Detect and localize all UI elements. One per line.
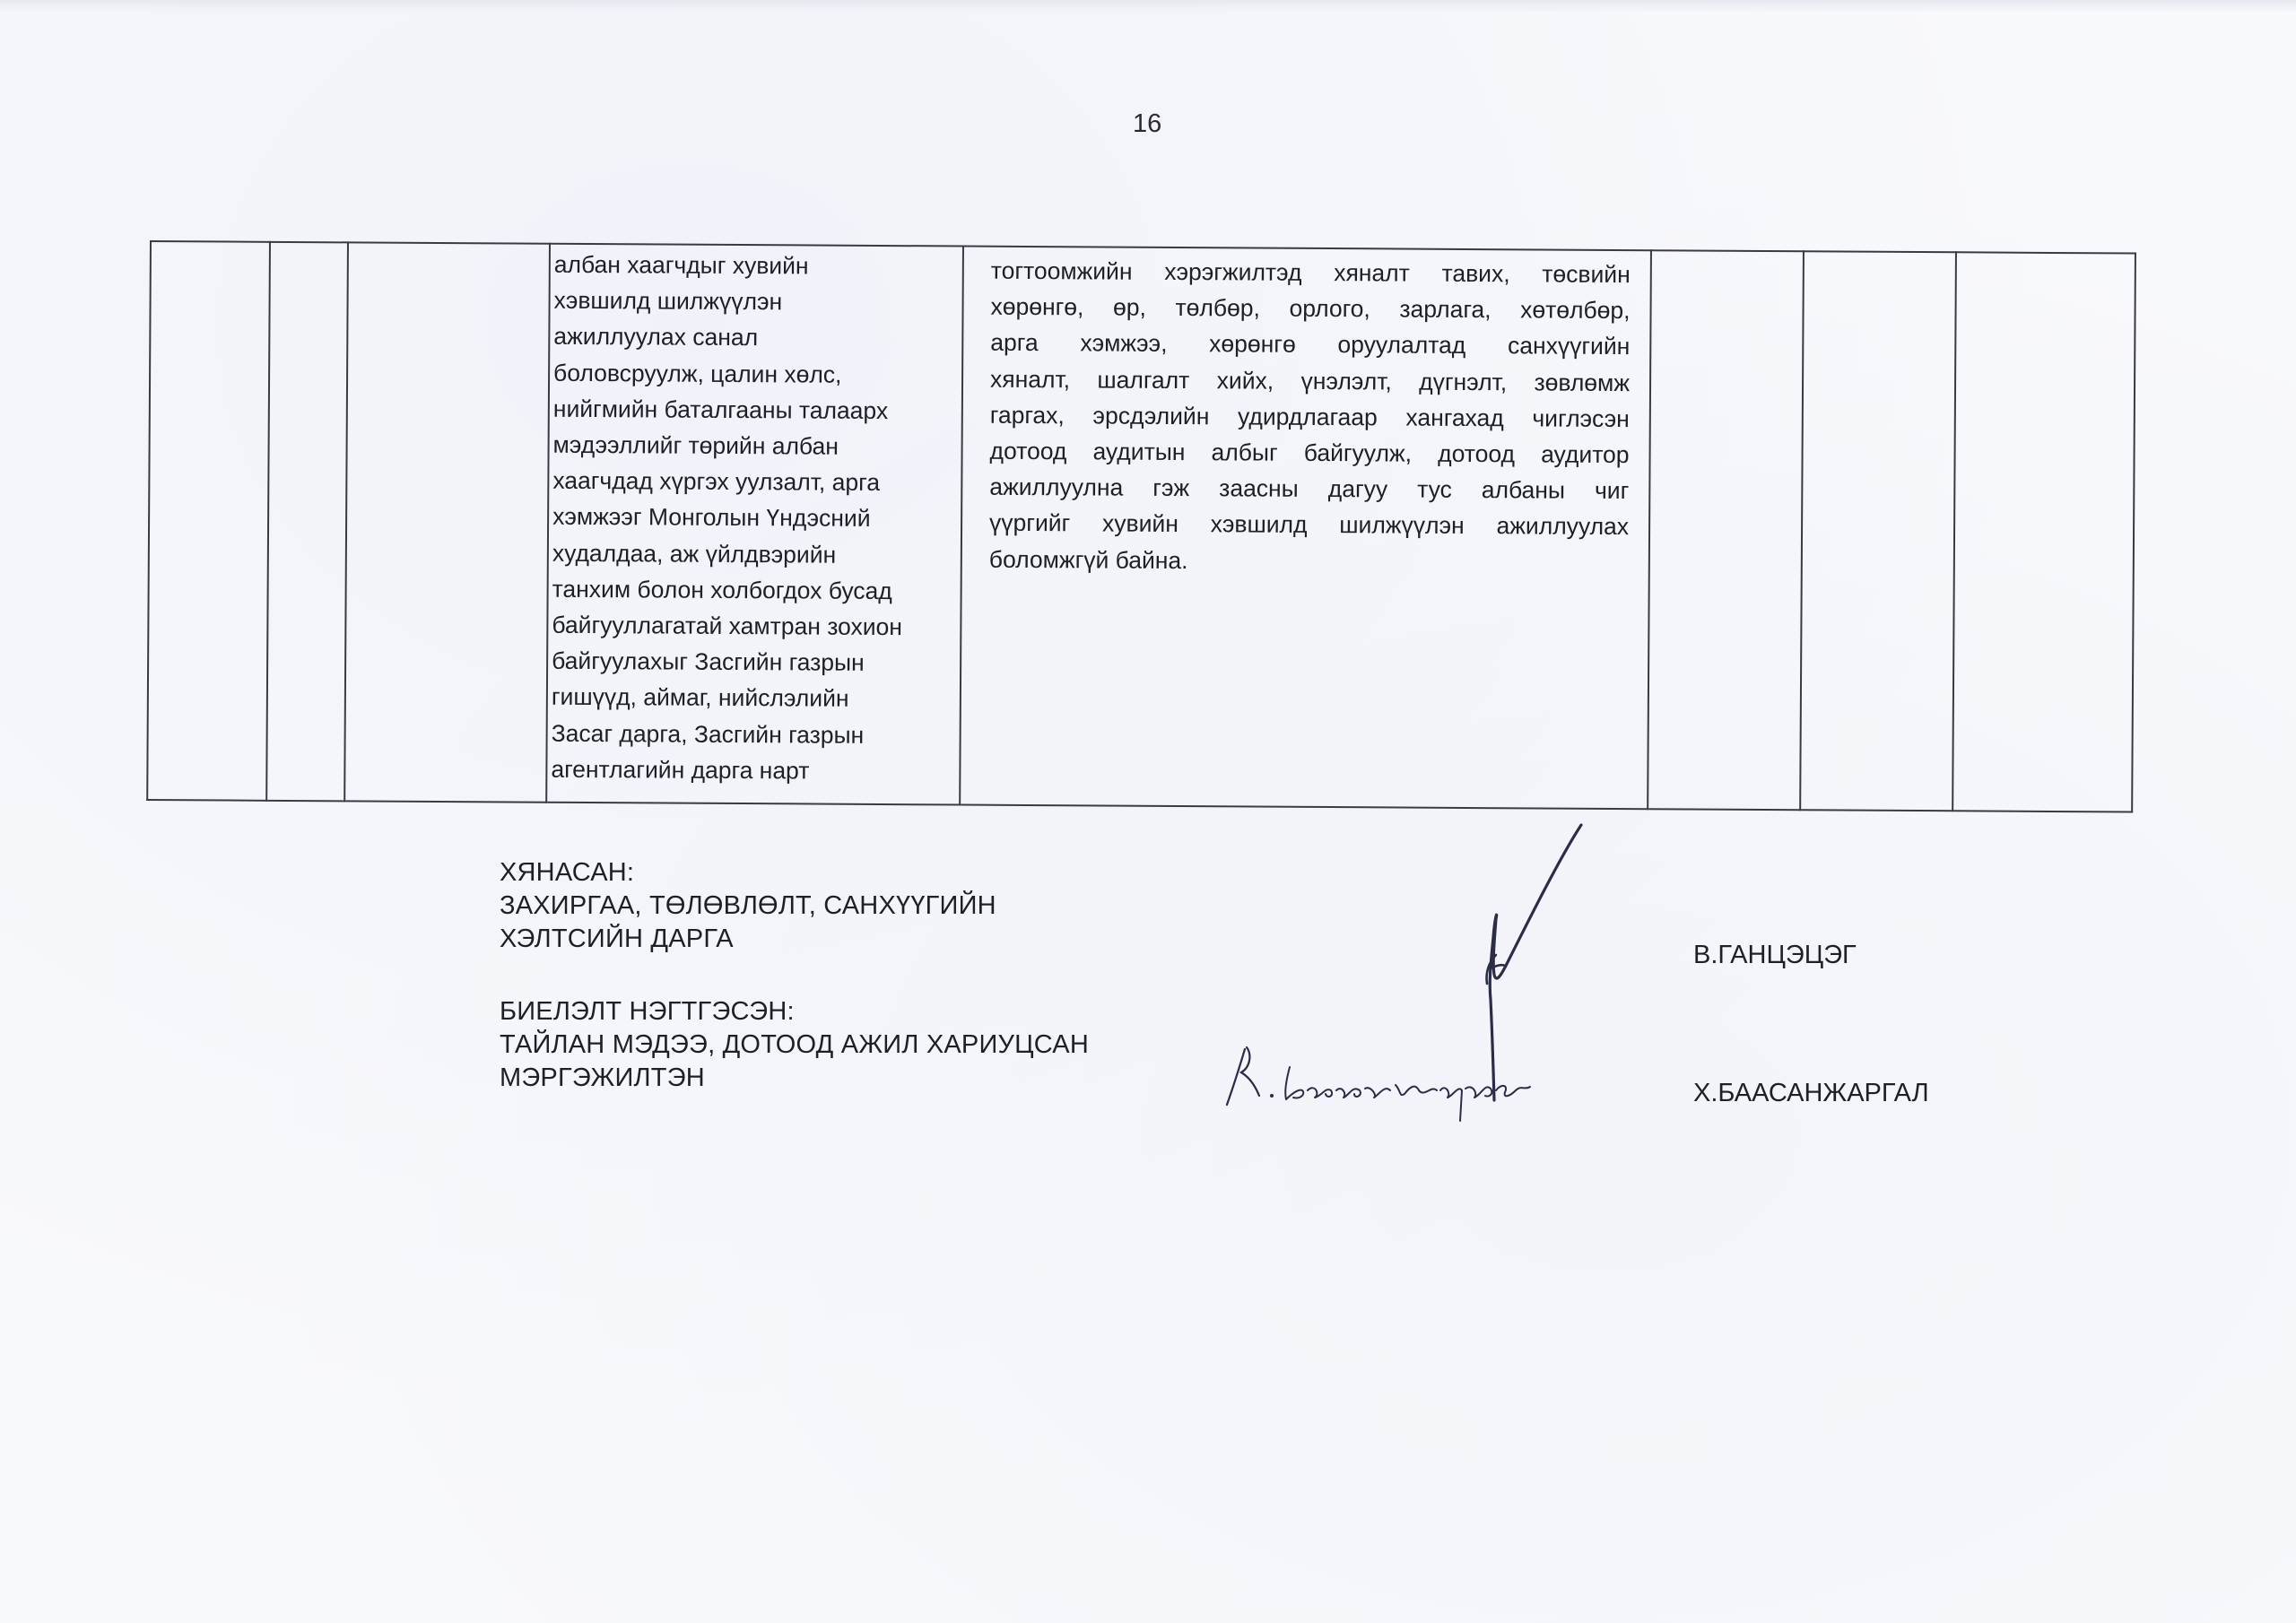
reviewed-title-line-1: ЗАХИРГАА, ТӨЛӨВЛӨЛТ, САНХҮҮГИЙН (500, 890, 996, 923)
text-line: тогтоомжийн хэрэгжилтэд хяналт тавих, тө… (991, 253, 1631, 293)
table-cell-col3 (344, 242, 550, 802)
reviewed-by-block: ХЯНАСАН: ЗАХИРГАА, ТӨЛӨВЛӨЛТ, САНХҮҮГИЙН… (500, 856, 996, 956)
reviewer-name: В.ГАНЦЭЦЭГ (1693, 941, 1857, 970)
text-line: хэмжээг Монголын Үндэсний (552, 499, 959, 537)
text-line: хөрөнгө, өр, төлбөр, орлого, зарлага, хө… (990, 289, 1630, 329)
table-cell-col6 (1648, 250, 1804, 810)
text-line: ажиллуулна гэж заасны дагуу тус албаны ч… (989, 469, 1629, 509)
table-cell-task: албан хаагчдыг хувийнхэвшилд шилжүүлэнаж… (546, 244, 963, 805)
prepared-by-block: БИЕЛЭЛТ НЭГТГЭСЭН: ТАЙЛАН МЭДЭЭ, ДОТООД … (500, 995, 1089, 1095)
text-line: хаагчдад хүргэх уулзалт, арга (552, 463, 959, 501)
text-line: худалдаа, аж үйлдвэрийн (552, 534, 959, 573)
text-line: байгууллагатай хамтран зохион (552, 607, 958, 646)
text-line: арга хэмжээ, хөрөнгө оруулалтад санхүүги… (990, 325, 1630, 365)
text-line: Засаг дарга, Засгийн газрын (552, 715, 958, 753)
text-line: хэвшилд шилжүүлэн (553, 282, 960, 321)
text-line: байгуулахыг Засгийн газрын (552, 643, 958, 681)
report-table: албан хаагчдыг хувийнхэвшилд шилжүүлэнаж… (146, 240, 2135, 813)
text-line: хяналт, шалгалт хийх, үнэлэлт, дүгнэлт, … (990, 360, 1630, 401)
text-line: албан хаагчдыг хувийн (554, 247, 961, 285)
text-line: гаргах, эрсдэлийн удирдлагаар хангахад ч… (990, 397, 1630, 438)
text-line: гишүүд, аймаг, нийслэлийн (552, 679, 958, 717)
text-line: ажиллуулах санал (553, 318, 960, 357)
text-line: агентлагийн дарга нарт (551, 751, 957, 790)
signature-preparer (1220, 1031, 1578, 1130)
report-table-grid: албан хаагчдыг хувийнхэвшилд шилжүүлэнаж… (146, 240, 2136, 813)
prepared-title-line-1: ТАЙЛАН МЭДЭЭ, ДОТООД АЖИЛ ХАРИУЦСАН (500, 1028, 1089, 1062)
text-line: танхим болон холбогдох бусад (552, 571, 959, 610)
task-description: албан хаагчдыг хувийнхэвшилд шилжүүлэнаж… (547, 245, 962, 790)
page-number: 16 (1133, 109, 1161, 139)
reviewed-label: ХЯНАСАН: (500, 856, 996, 890)
prepared-label: БИЕЛЭЛТ НЭГТГЭСЭН: (500, 995, 1089, 1028)
table-cell-col2 (266, 242, 348, 802)
text-line: дотоод аудитын албыг байгуулж, дотоод ау… (989, 433, 1629, 473)
page-top-edge (0, 0, 2296, 13)
implementation-description: тогтоомжийн хэрэгжилтэд хяналт тавих, тө… (962, 247, 1650, 581)
table-cell-col1 (147, 241, 270, 801)
table-cell-implementation: тогтоомжийн хэрэгжилтэд хяналт тавих, тө… (960, 247, 1651, 810)
scanned-page: 16 албан хаагчдыг хувийнхэвшилд шилжүүлэ… (0, 0, 2296, 1623)
table-cell-col8 (1952, 252, 2135, 811)
table-row: албан хаагчдыг хувийнхэвшилд шилжүүлэнаж… (147, 241, 2135, 812)
text-line: боловсруулж, цалин хөлс, (553, 354, 960, 393)
text-line: үүргийг хувийн хэвшилд шилжүүлэн ажиллуу… (989, 505, 1629, 545)
prepared-title-line-2: МЭРГЭЖИЛТЭН (500, 1062, 1089, 1095)
text-line: боломжгүй байна. (989, 541, 1629, 581)
reviewed-title-line-2: ХЭЛТСИЙН ДАРГА (500, 923, 996, 956)
preparer-name: Х.БААСАНЖАРГАЛ (1693, 1079, 1929, 1108)
text-line: нийгмийн баталгааны талаарх (553, 391, 960, 430)
table-cell-col7 (1800, 251, 1956, 811)
text-line: мэдээллийг төрийн албан (552, 427, 959, 465)
